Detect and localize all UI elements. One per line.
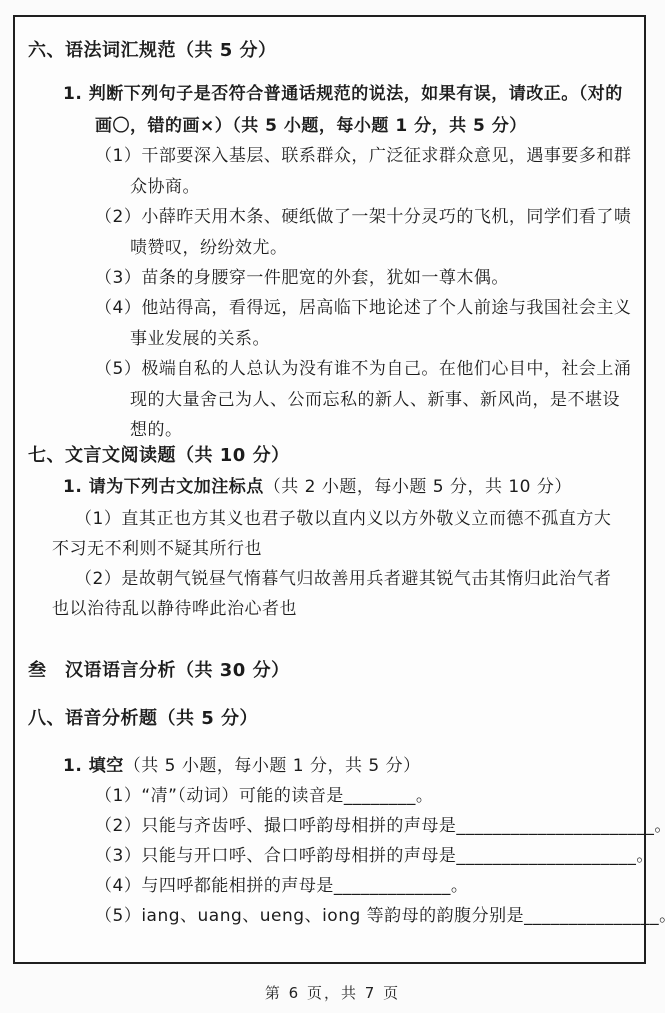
exam-page-frame: 六、语法词汇规范（共 5 分） 1. 判断下列句子是否符合普通话规范的说法，如果… (13, 15, 646, 964)
q2-stem-text: 1. 请为下列古文加注标点 (63, 477, 264, 497)
section-8-heading: 八、语音分析题（共 5 分） (28, 706, 258, 732)
q3-stem: 1. 填空（共 5 小题，每小题 1 分，共 5 分） (63, 753, 421, 779)
q3-stem-score: （共 5 小题，每小题 1 分，共 5 分） (124, 756, 421, 776)
q1-stem-line-2: 画〇，错的画×）（共 5 小题，每小题 1 分，共 5 分） (95, 113, 527, 139)
q3-blank-1: （1）“凊”（动词）可能的读音是________。 (95, 783, 433, 809)
q1-item-3: （3）苗条的身腰穿一件肥宽的外套，犹如一尊木偶。 (95, 265, 509, 291)
part-3-heading: 叁 汉语语言分析（共 30 分） (28, 658, 290, 684)
q2-item-2-line-2: 也以治待乱以静待哗此治心者也 (52, 596, 297, 622)
q2-item-1-line-1: （1）直其正也方其义也君子敬以直内义以方外敬义立而德不孤直方大 (75, 506, 611, 532)
q1-item-5-line-2: 现的大量舍己为人、公而忘私的新人、新事、新风尚，是不堪设 (130, 387, 620, 413)
q1-item-2-line-1: （2）小薛昨天用木条、硬纸做了一架十分灵巧的飞机，同学们看了啧 (95, 204, 631, 230)
section-6-heading: 六、语法词汇规范（共 5 分） (28, 38, 277, 64)
section-7-heading: 七、文言文阅读题（共 10 分） (28, 443, 290, 469)
q1-stem-line-1: 1. 判断下列句子是否符合普通话规范的说法，如果有误，请改正。（对的 (63, 81, 623, 107)
q2-stem-score: （共 2 小题，每小题 5 分，共 10 分） (264, 477, 572, 497)
q1-item-2-line-2: 啧赞叹，纷纷效尤。 (130, 235, 288, 261)
q2-item-1-line-2: 不习无不利则不疑其所行也 (52, 536, 262, 562)
q2-stem: 1. 请为下列古文加注标点（共 2 小题，每小题 5 分，共 10 分） (63, 474, 572, 500)
q1-item-4-line-2: 事业发展的关系。 (130, 326, 270, 352)
q3-blank-4: （4）与四呼都能相拼的声母是_____________。 (95, 873, 468, 899)
page-number: 第 6 页，共 7 页 (0, 982, 665, 1003)
q3-stem-text: 1. 填空 (63, 756, 124, 776)
q1-item-5-line-3: 想的。 (130, 417, 183, 443)
q1-item-5-line-1: （5）极端自私的人总认为没有谁不为自己。在他们心目中，社会上涌 (95, 356, 631, 382)
q2-item-2-line-1: （2）是故朝气锐昼气惰暮气归故善用兵者避其锐气击其惰归此治气者 (75, 566, 611, 592)
q3-blank-5: （5）iang、uang、ueng、iong 等韵母的韵腹分别是________… (95, 903, 665, 929)
q3-blank-3: （3）只能与开口呼、合口呼韵母相拼的声母是___________________… (95, 843, 654, 869)
q1-item-1-line-1: （1）干部要深入基层、联系群众，广泛征求群众意见，遇事要多和群 (95, 143, 631, 169)
q1-item-4-line-1: （4）他站得高，看得远，居高临下地论述了个人前途与我国社会主义 (95, 295, 631, 321)
q1-item-1-line-2: 众协商。 (130, 174, 200, 200)
q3-blank-2: （2）只能与齐齿呼、撮口呼韵母相拼的声母是___________________… (95, 813, 665, 839)
